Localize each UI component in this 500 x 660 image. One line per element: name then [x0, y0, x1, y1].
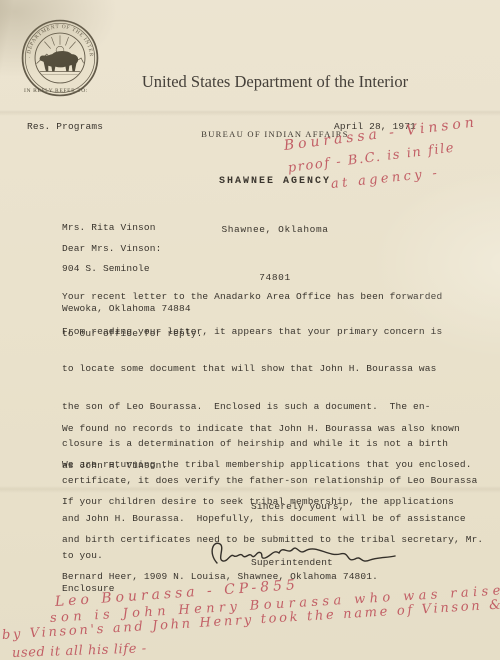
body-line: We are returning the tribal membership a… — [62, 459, 483, 471]
salutation: Dear Mrs. Vinson: — [62, 243, 161, 254]
valediction: Sincerely yours, — [251, 501, 345, 512]
signer-title: Superintendent — [251, 557, 333, 568]
body-line: to locate some document that will show t… — [62, 363, 477, 375]
handwritten-note-bottom-line: used it all his life - — [12, 641, 147, 660]
scanned-letter-page: U.S. DEPARTMENT OF THE INTERIOR IN REPLY… — [0, 0, 500, 660]
body-line: From reading your letter, it appears tha… — [62, 326, 477, 338]
recipient-name: Mrs. Rita Vinson — [62, 221, 191, 235]
reference-program: Res. Programs — [27, 121, 103, 132]
letterhead-title: United States Department of the Interior — [50, 72, 500, 92]
